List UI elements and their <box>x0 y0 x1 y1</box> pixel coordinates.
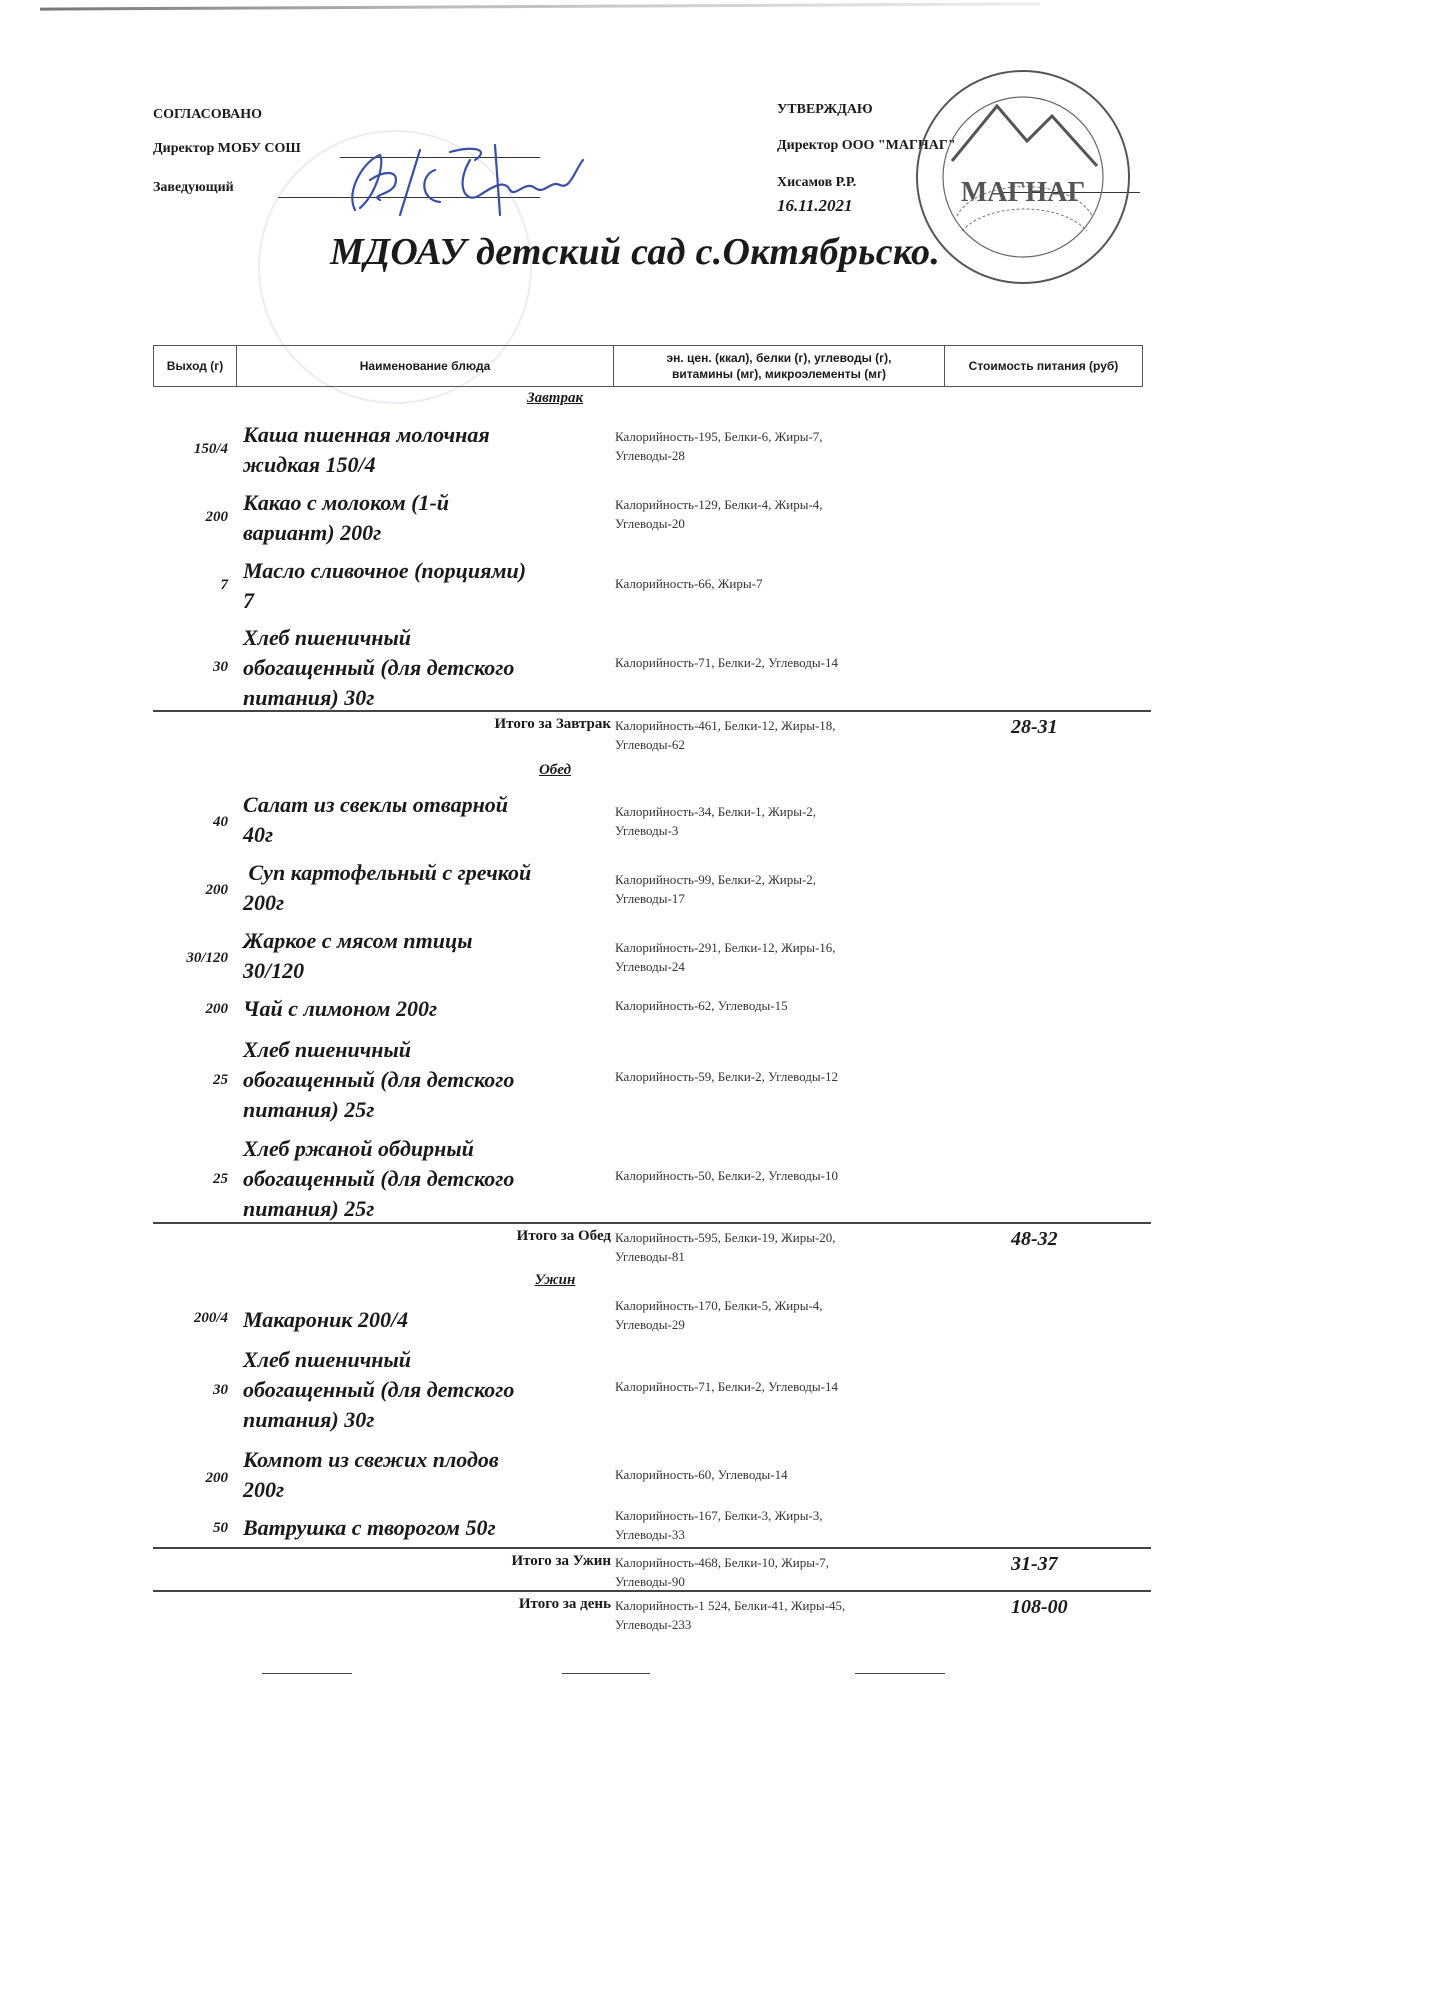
approval-date: 16.11.2021 <box>777 196 853 216</box>
footer-signature-line-1 <box>262 1673 352 1674</box>
section-divider <box>153 710 1151 712</box>
section-divider <box>153 1547 1151 1549</box>
header-dish-name: Наименование блюда <box>237 346 614 387</box>
signature-icon <box>325 140 595 220</box>
footer-signature-line-3 <box>855 1673 945 1674</box>
approval-right-name: Хисамов Р.Р. <box>777 175 856 191</box>
company-stamp-icon: МАГНАГ <box>912 66 1134 288</box>
header-cost: Стоимость питания (руб) <box>945 346 1143 387</box>
approval-left-role: Заведующий <box>153 180 234 196</box>
svg-text:МАГНАГ: МАГНАГ <box>961 177 1085 208</box>
approval-right-heading: УТВЕРЖДАЮ <box>777 102 873 118</box>
approval-left-heading: СОГЛАСОВАНО <box>153 107 262 123</box>
scan-edge <box>40 2 1040 10</box>
section-divider <box>153 1222 1151 1224</box>
menu-table-header: Выход (г) Наименование блюда эн. цен. (к… <box>153 345 1143 387</box>
header-nutrition: эн. цен. (ккал), белки (г), углеводы (г)… <box>614 346 945 387</box>
section-title-breakfast: Завтрак <box>500 390 610 407</box>
page-title: МДОАУ детский сад с.Октябрьско. <box>330 230 940 274</box>
footer-signature-line-2 <box>562 1673 650 1674</box>
section-title-dinner: Ужин <box>500 1272 610 1289</box>
approval-left-position: Директор МОБУ СОШ <box>153 141 301 157</box>
section-divider <box>153 1590 1151 1592</box>
section-title-lunch: Обед <box>500 762 610 779</box>
header-output: Выход (г) <box>154 346 237 387</box>
